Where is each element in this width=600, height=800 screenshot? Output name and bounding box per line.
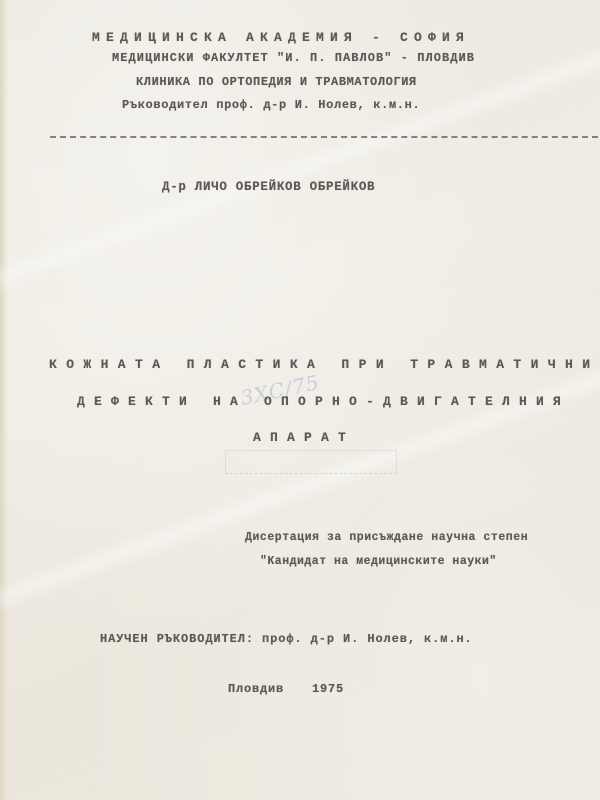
page-fold-edge [0, 0, 8, 800]
clinic-name: КЛИНИКА ПО ОРТОПЕДИЯ И ТРАВМАТОЛОГИЯ [136, 75, 417, 89]
header-divider [50, 136, 598, 138]
institution-name: МЕДИЦИНСКА АКАДЕМИЯ - СОФИЯ [92, 30, 470, 45]
dissertation-title-line-2: ДЕФЕКТИ НА ОПОРНО-ДВИГАТЕЛНИЯ [77, 394, 570, 409]
paper-crease [0, 31, 600, 299]
dissertation-title-line-3: АПАРАТ [253, 430, 355, 445]
degree-statement-line-1: Дисертация за присъждане научна степен [245, 531, 528, 544]
clinic-head: Ръководител проф. д-р И. Нолев, к.м.н. [122, 98, 420, 112]
dissertation-title-line-1: КОЖНАТА ПЛАСТИКА ПРИ ТРАВМАТИЧНИ [49, 357, 599, 372]
year: 1975 [312, 682, 344, 696]
scientific-supervisor: НАУЧЕН РЪКОВОДИТЕЛ: проф. д-р И. Нолев, … [100, 632, 473, 646]
faculty-name: МЕДИЦИНСКИ ФАКУЛТЕТ "И. П. ПАВЛОВ" - ПЛО… [112, 51, 475, 65]
degree-statement-line-2: "Кандидат на медицинските науки" [260, 555, 497, 568]
faded-stamp [225, 450, 397, 474]
author-name: Д-р ЛИЧО ОБРЕЙКОВ ОБРЕЙКОВ [162, 180, 375, 194]
place-and-year: Пловдив1975 [228, 682, 344, 696]
document-page: МЕДИЦИНСКА АКАДЕМИЯ - СОФИЯ МЕДИЦИНСКИ Ф… [0, 0, 600, 800]
city: Пловдив [228, 682, 284, 696]
